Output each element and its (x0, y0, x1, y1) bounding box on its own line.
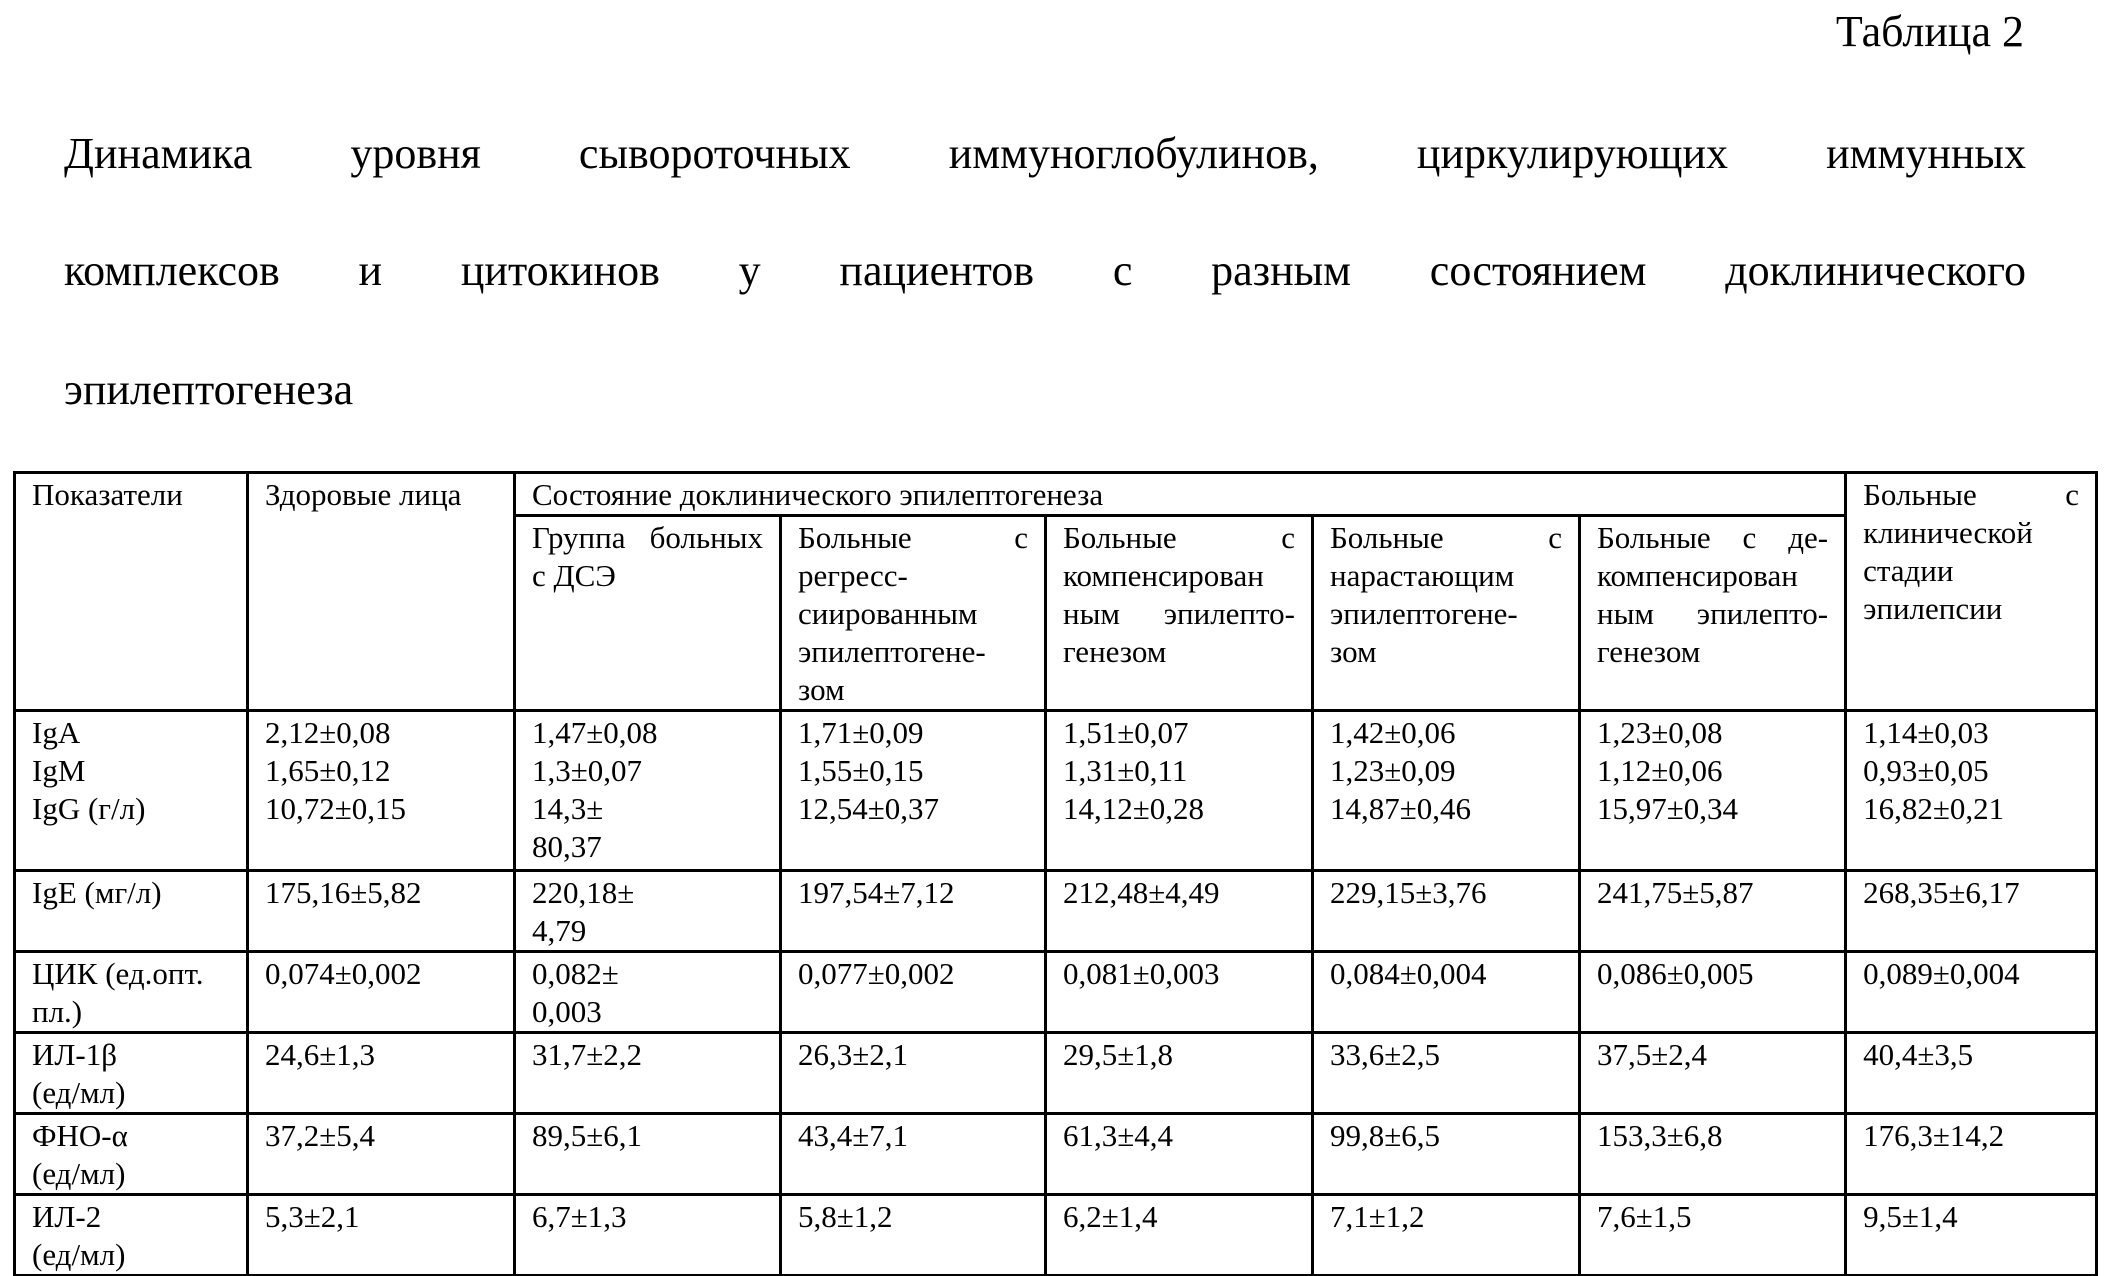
caption-line-1: Динамика уровня сывороточных иммуноглобу… (64, 126, 2026, 182)
row-indicator: ИЛ-2 (ед/мл) (15, 1195, 248, 1276)
row-indicator: ИЛ-1β (ед/мл) (15, 1033, 248, 1114)
table-cell: 31,7±2,2 (515, 1033, 781, 1114)
row-indicator: IgA IgM IgG (г/л) (15, 711, 248, 871)
table-cell: 175,16±5,82 (248, 871, 515, 952)
caption-line-2: комплексов и цитокинов у пациентов с раз… (64, 243, 2026, 299)
table-cell: 5,3±2,1 (248, 1195, 515, 1276)
header-preclinical-group: Состояние доклинического эпилептогенеза (515, 473, 1846, 516)
caption-line-3: эпилептогенеза (64, 362, 2026, 418)
table-cell: 1,51±0,07 1,31±0,11 14,12±0,28 (1046, 711, 1313, 871)
table-cell: 89,5±6,1 (515, 1114, 781, 1195)
table-cell: 33,6±2,5 (1313, 1033, 1580, 1114)
table-cell: 229,15±3,76 (1313, 871, 1580, 952)
table-cell: 99,8±6,5 (1313, 1114, 1580, 1195)
table-cell: 0,074±0,002 (248, 952, 515, 1033)
table-cell: 26,3±2,1 (781, 1033, 1046, 1114)
row-indicator: ФНО-α (ед/мл) (15, 1114, 248, 1195)
table-cell: 7,6±1,5 (1580, 1195, 1846, 1276)
header-subgroup-regressed: Больные с регресс-сиированным эпилептоге… (781, 516, 1046, 711)
table-cell: 212,48±4,49 (1046, 871, 1313, 952)
table-cell: 0,082± 0,003 (515, 952, 781, 1033)
header-subgroup-increasing: Больные с нарастающим эпилептогене-зом (1313, 516, 1580, 711)
row-indicator: ЦИК (ед.опт. пл.) (15, 952, 248, 1033)
table-cell: 37,2±5,4 (248, 1114, 515, 1195)
table-cell: 1,71±0,09 1,55±0,15 12,54±0,37 (781, 711, 1046, 871)
table-cell: 1,42±0,06 1,23±0,09 14,87±0,46 (1313, 711, 1580, 871)
header-subgroup-compensated: Больные с компенсирован ным эпилепто-ген… (1046, 516, 1313, 711)
table-cell: 0,077±0,002 (781, 952, 1046, 1033)
table-cell: 0,089±0,004 (1846, 952, 2097, 1033)
table-cell: 43,4±7,1 (781, 1114, 1046, 1195)
table-cell: 241,75±5,87 (1580, 871, 1846, 952)
table-cell: 6,7±1,3 (515, 1195, 781, 1276)
table-cell: 268,35±6,17 (1846, 871, 2097, 952)
table-cell: 153,3±6,8 (1580, 1114, 1846, 1195)
table-row: ИЛ-2 (ед/мл)5,3±2,16,7±1,35,8±1,26,2±1,4… (15, 1195, 2097, 1276)
header-clinical: Больные с клинической стадии эпилепсии (1846, 473, 2097, 711)
header-row: Показатели Здоровые лица Состояние докли… (15, 473, 2097, 516)
header-indicators: Показатели (15, 473, 248, 711)
table-row: IgE (мг/л)175,16±5,82220,18± 4,79197,54±… (15, 871, 2097, 952)
table-cell: 24,6±1,3 (248, 1033, 515, 1114)
data-table: Показатели Здоровые лица Состояние докли… (13, 471, 2098, 1276)
row-indicator: IgE (мг/л) (15, 871, 248, 952)
table-cell: 5,8±1,2 (781, 1195, 1046, 1276)
table-cell: 0,081±0,003 (1046, 952, 1313, 1033)
table-number-label: Таблица 2 (1836, 2, 2024, 62)
table-cell: 6,2±1,4 (1046, 1195, 1313, 1276)
table-cell: 2,12±0,08 1,65±0,12 10,72±0,15 (248, 711, 515, 871)
table-cell: 29,5±1,8 (1046, 1033, 1313, 1114)
table-cell: 9,5±1,4 (1846, 1195, 2097, 1276)
table-cell: 7,1±1,2 (1313, 1195, 1580, 1276)
table-cell: 176,3±14,2 (1846, 1114, 2097, 1195)
table-cell: 197,54±7,12 (781, 871, 1046, 952)
table-cell: 1,47±0,08 1,3±0,07 14,3± 80,37 (515, 711, 781, 871)
table-row: IgA IgM IgG (г/л)2,12±0,08 1,65±0,12 10,… (15, 711, 2097, 871)
table-row: ИЛ-1β (ед/мл)24,6±1,331,7±2,226,3±2,129,… (15, 1033, 2097, 1114)
header-subgroup-decompensated: Больные с де-компенсирован ным эпилепто-… (1580, 516, 1846, 711)
table-cell: 0,084±0,004 (1313, 952, 1580, 1033)
table-cell: 220,18± 4,79 (515, 871, 781, 952)
table-cell: 40,4±3,5 (1846, 1033, 2097, 1114)
table-cell: 0,086±0,005 (1580, 952, 1846, 1033)
header-subgroup-dse: Группа больных с ДСЭ (515, 516, 781, 711)
table-cell: 37,5±2,4 (1580, 1033, 1846, 1114)
table-row: ЦИК (ед.опт. пл.)0,074±0,0020,082± 0,003… (15, 952, 2097, 1033)
table-row: ФНО-α (ед/мл)37,2±5,489,5±6,143,4±7,161,… (15, 1114, 2097, 1195)
table-cell: 1,14±0,03 0,93±0,05 16,82±0,21 (1846, 711, 2097, 871)
table-cell: 1,23±0,08 1,12±0,06 15,97±0,34 (1580, 711, 1846, 871)
table-cell: 61,3±4,4 (1046, 1114, 1313, 1195)
header-healthy: Здоровые лица (248, 473, 515, 711)
